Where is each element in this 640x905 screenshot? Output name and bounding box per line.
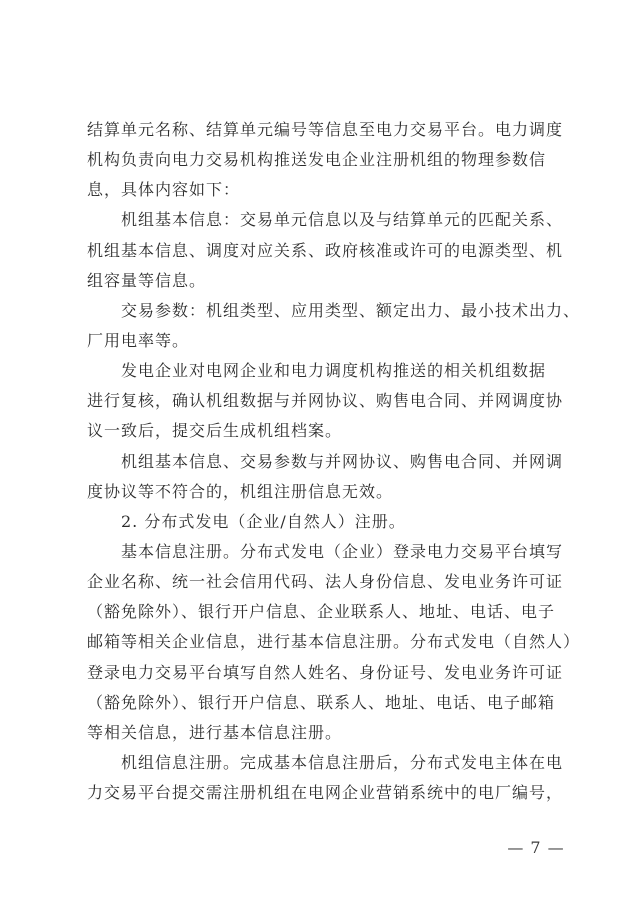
body-text: 结算单元名称、结算单元编号等信息至电力交易平台。电力调度 机构负责向电力交易机构… xyxy=(87,115,563,808)
text-line: 企业名称、统一社会信用代码、法人身份信息、发电业务许可证 xyxy=(87,567,563,597)
text-line: 登录电力交易平台填写自然人姓名、身份证号、发电业务许可证 xyxy=(87,658,563,688)
page-number: — 7 — xyxy=(500,838,572,857)
text-line: 机组基本信息：交易单元信息以及与结算单元的匹配关系、 xyxy=(87,205,563,235)
document-page: 结算单元名称、结算单元编号等信息至电力交易平台。电力调度 机构负责向电力交易机构… xyxy=(0,0,640,905)
text-line: 机组信息注册。完成基本信息注册后，分布式发电主体在电 xyxy=(87,748,563,778)
text-line: 邮箱等相关企业信息，进行基本信息注册。分布式发电（自然人） xyxy=(87,627,563,657)
section-heading: 2. 分布式发电（企业/自然人）注册。 xyxy=(87,507,563,537)
text-line: 机组基本信息、调度对应关系、政府核准或许可的电源类型、机 xyxy=(87,236,563,266)
text-line: （豁免除外）、银行开户信息、企业联系人、地址、电话、电子 xyxy=(87,597,563,627)
text-line: 基本信息注册。分布式发电（企业）登录电力交易平台填写 xyxy=(87,537,563,567)
text-line: 组容量等信息。 xyxy=(87,266,563,296)
text-line: 力交易平台提交需注册机组在电网企业营销系统中的电厂编号， xyxy=(87,778,563,808)
text-line: 结算单元名称、结算单元编号等信息至电力交易平台。电力调度 xyxy=(87,115,563,145)
text-line: 议一致后，提交后生成机组档案。 xyxy=(87,416,563,446)
text-line: 等相关信息，进行基本信息注册。 xyxy=(87,718,563,748)
text-line: （豁免除外）、银行开户信息、联系人、地址、电话、电子邮箱 xyxy=(87,688,563,718)
text-line: 交易参数：机组类型、应用类型、额定出力、最小技术出力、 xyxy=(87,296,563,326)
text-line: 进行复核，确认机组数据与并网协议、购售电合同、并网调度协 xyxy=(87,386,563,416)
text-line: 机构负责向电力交易机构推送发电企业注册机组的物理参数信 xyxy=(87,145,563,175)
text-line: 机组基本信息、交易参数与并网协议、购售电合同、并网调 xyxy=(87,447,563,477)
text-line: 息，具体内容如下： xyxy=(87,175,563,205)
text-line: 发电企业对电网企业和电力调度机构推送的相关机组数据 xyxy=(87,356,563,386)
text-line: 厂用电率等。 xyxy=(87,326,563,356)
text-line: 度协议等不符合的，机组注册信息无效。 xyxy=(87,477,563,507)
